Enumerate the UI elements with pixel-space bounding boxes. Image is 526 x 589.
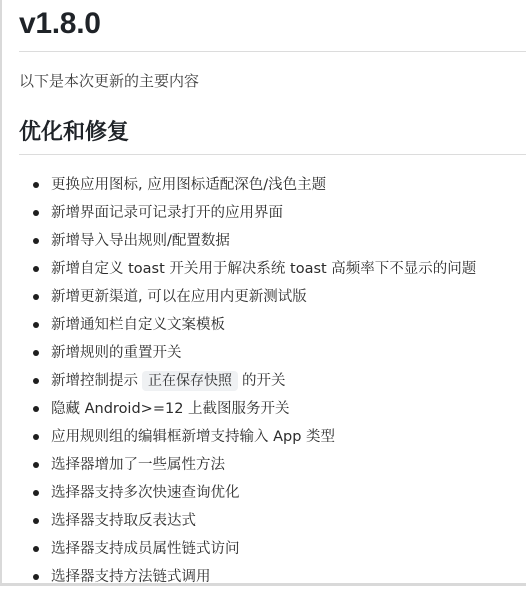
section-heading: 优化和修复: [19, 116, 526, 155]
bullet-icon: [33, 574, 39, 580]
bullet-icon: [33, 546, 39, 552]
list-item: 选择器支持多次快速查询优化: [19, 479, 526, 507]
bullet-icon: [33, 266, 39, 272]
list-item: 更换应用图标, 应用图标适配深色/浅色主题: [19, 171, 526, 199]
list-item: 选择器增加了一些属性方法: [19, 451, 526, 479]
bullet-icon: [33, 322, 39, 328]
list-item: 新增更新渠道, 可以在应用内更新测试版: [19, 283, 526, 311]
list-item: 选择器支持取反表达式: [19, 507, 526, 535]
bullet-icon: [33, 462, 39, 468]
bullet-icon: [33, 378, 39, 384]
bullet-icon: [33, 518, 39, 524]
list-item: 选择器支持成员属性链式访问: [19, 535, 526, 563]
release-intro: 以下是本次更新的主要内容: [19, 70, 199, 92]
inline-code: 正在保存快照: [142, 371, 238, 391]
list-item: 新增导入导出规则/配置数据: [19, 227, 526, 255]
bullet-icon: [33, 406, 39, 412]
release-title: v1.8.0: [19, 0, 526, 52]
bullet-icon: [33, 182, 39, 188]
document-frame: v1.8.0 以下是本次更新的主要内容 优化和修复 更换应用图标, 应用图标适配…: [0, 0, 526, 586]
list-item: 隐藏 Android>=12 上截图服务开关: [19, 395, 526, 423]
list-item: 新增界面记录可记录打开的应用界面: [19, 199, 526, 227]
bullet-icon: [33, 434, 39, 440]
list-item: 新增规则的重置开关: [19, 339, 526, 367]
list-item: 新增控制提示正在保存快照的开关: [19, 367, 526, 395]
list-item: 新增自定义 toast 开关用于解决系统 toast 高频率下不显示的问题: [19, 255, 526, 283]
bullet-icon: [33, 350, 39, 356]
list-item: 选择器支持方法链式调用: [19, 563, 526, 589]
list-item: 应用规则组的编辑框新增支持输入 App 类型: [19, 423, 526, 451]
changelog-list: 更换应用图标, 应用图标适配深色/浅色主题 新增界面记录可记录打开的应用界面 新…: [19, 171, 526, 589]
list-item: 新增通知栏自定义文案模板: [19, 311, 526, 339]
bullet-icon: [33, 490, 39, 496]
markdown-content: v1.8.0 以下是本次更新的主要内容 优化和修复 更换应用图标, 应用图标适配…: [19, 0, 526, 52]
bullet-icon: [33, 238, 39, 244]
bullet-icon: [33, 294, 39, 300]
bullet-icon: [33, 210, 39, 216]
